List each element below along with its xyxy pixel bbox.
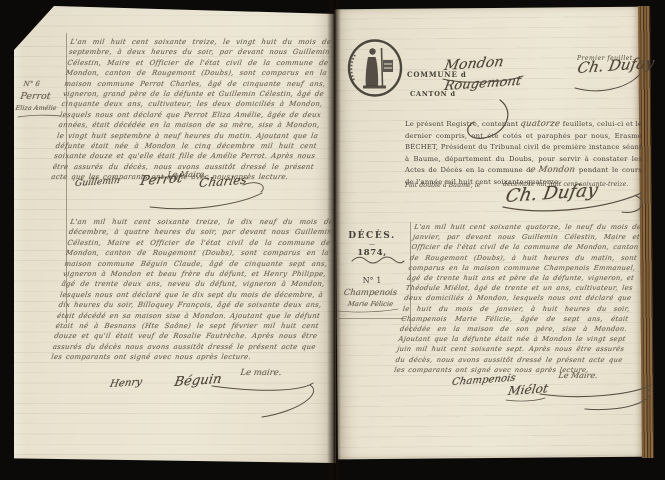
margin-dash: —	[341, 241, 403, 248]
signature-henry: Henry	[109, 377, 143, 390]
preamble-handwritten-commune: e Mondon	[529, 165, 575, 177]
preamble-handwritten-feuillet-count: quatorze	[519, 119, 560, 131]
act-champenois-closing: Le Maire.	[558, 371, 598, 380]
margin-bottom-rule	[336, 318, 406, 319]
margin-act-number-right: N° 1	[341, 276, 403, 285]
act-billoquey-body: L'an mil huit cent soixante treize, le d…	[52, 217, 334, 349]
register-scan: N° 6 Perrot Eliza Amélie L'an mil huit c…	[0, 0, 665, 480]
signature-perrot: Perrot	[139, 171, 184, 189]
signature-mielot: Miélot	[507, 381, 549, 398]
margin-year: 1874,	[341, 248, 403, 258]
tribunal-seal-icon	[346, 38, 404, 98]
fait-double-label: Fait double à Baume, le	[405, 182, 481, 189]
margin-deceased-surname: Perrot	[20, 91, 52, 102]
margin-act-number: N° 6	[23, 80, 40, 88]
margin-deces-heading: DÉCÈS.	[341, 231, 403, 241]
margin-deceased-firstnames: Eliza Amélie	[15, 104, 57, 112]
preamble-print-1: Le présent Registre, contenant	[405, 120, 521, 128]
margin-deceased-surname-right: Champenois	[335, 288, 406, 298]
register-preamble: Le présent Registre, contenant quatorze …	[405, 119, 642, 189]
act-perrot-body: L'an mil huit cent soixante treize, le v…	[53, 37, 332, 165]
margin-deceased-firstnames-right: Marie Félicie	[335, 300, 406, 308]
act-champenois-body: L'an mil huit cent soixante quatorze, le…	[395, 222, 642, 365]
act-billoquey-closing: Le maire.	[240, 368, 282, 378]
